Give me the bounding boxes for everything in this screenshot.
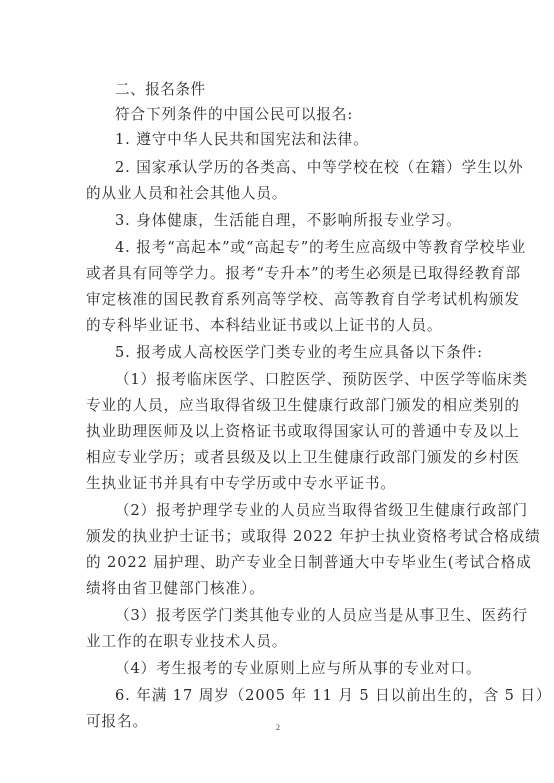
item-5-1-cont-2: 执业助理医师及以上资格证书或取得国家认可的普通中专及以上: [86, 422, 478, 442]
item-3: 3. 身体健康，生活能自理，不影响所报专业学习。: [115, 211, 478, 231]
item-5-4: （4）考生报考的专业原则上应与所从事的专业对口。: [115, 659, 478, 679]
item-5-3-cont: 业工作的在职专业技术人员。: [86, 632, 478, 652]
item-2: 2. 国家承认学历的各类高、中等学校在校（在籍）学生以外: [115, 158, 478, 178]
intro-text: 符合下列条件的中国公民可以报名:: [115, 105, 478, 125]
item-6-cont: 可报名。: [86, 712, 478, 732]
item-5: 5. 报考成人高校医学门类专业的考生应具备以下条件:: [115, 343, 478, 363]
item-4-cont-1: 或者具有同等学力。报考“专升本”的考生必须是已取得经教育部: [86, 264, 478, 284]
item-4-cont-3: 的专科毕业证书、本科结业证书或以上证书的人员。: [86, 316, 478, 336]
item-5-1-cont-1: 专业的人员，应当取得省级卫生健康行政部门颁发的相应类别的: [86, 396, 478, 416]
item-5-1-cont-3: 相应专业学历；或者县级及以上卫生健康行政部门颁发的乡村医: [86, 448, 478, 468]
item-5-1: （1）报考临床医学、口腔医学、预防医学、中医学等临床类: [115, 370, 478, 390]
item-5-2-cont-2: 的 2022 届护理、助产专业全日制普通大中专毕业生(考试合格成: [86, 553, 478, 573]
item-5-1-cont-4: 生执业证书并具有中专学历或中专水平证书。: [86, 474, 478, 494]
item-5-2: （2）报考护理学专业的人员应当取得省级卫生健康行政部门: [115, 501, 478, 521]
item-6: 6. 年满 17 周岁（2005 年 11 月 5 日以前出生的，含 5 日）: [115, 686, 478, 706]
document-page: 二、报名条件 符合下列条件的中国公民可以报名: 1. 遵守中华人民共和国宪法和法…: [0, 0, 554, 783]
page-number: 2: [276, 723, 280, 732]
item-2-cont: 的从业人员和社会其他人员。: [86, 184, 478, 204]
item-5-2-cont-3: 绩将由省卫健部门核准）。: [86, 579, 478, 599]
item-1: 1. 遵守中华人民共和国宪法和法律。: [115, 130, 478, 150]
item-4-cont-2: 审定核准的国民教育系列高等学校、高等教育自学考试机构颁发: [86, 290, 478, 310]
item-5-3: （3）报考医学门类其他专业的人员应当是从事卫生、医药行: [115, 606, 478, 626]
section-heading: 二、报名条件: [115, 80, 478, 100]
item-5-2-cont-1: 颁发的执业护士证书；或取得 2022 年护士执业资格考试合格成绩: [86, 527, 478, 547]
item-4: 4. 报考“高起本”或“高起专”的考生应高级中等教育学校毕业: [115, 238, 478, 258]
